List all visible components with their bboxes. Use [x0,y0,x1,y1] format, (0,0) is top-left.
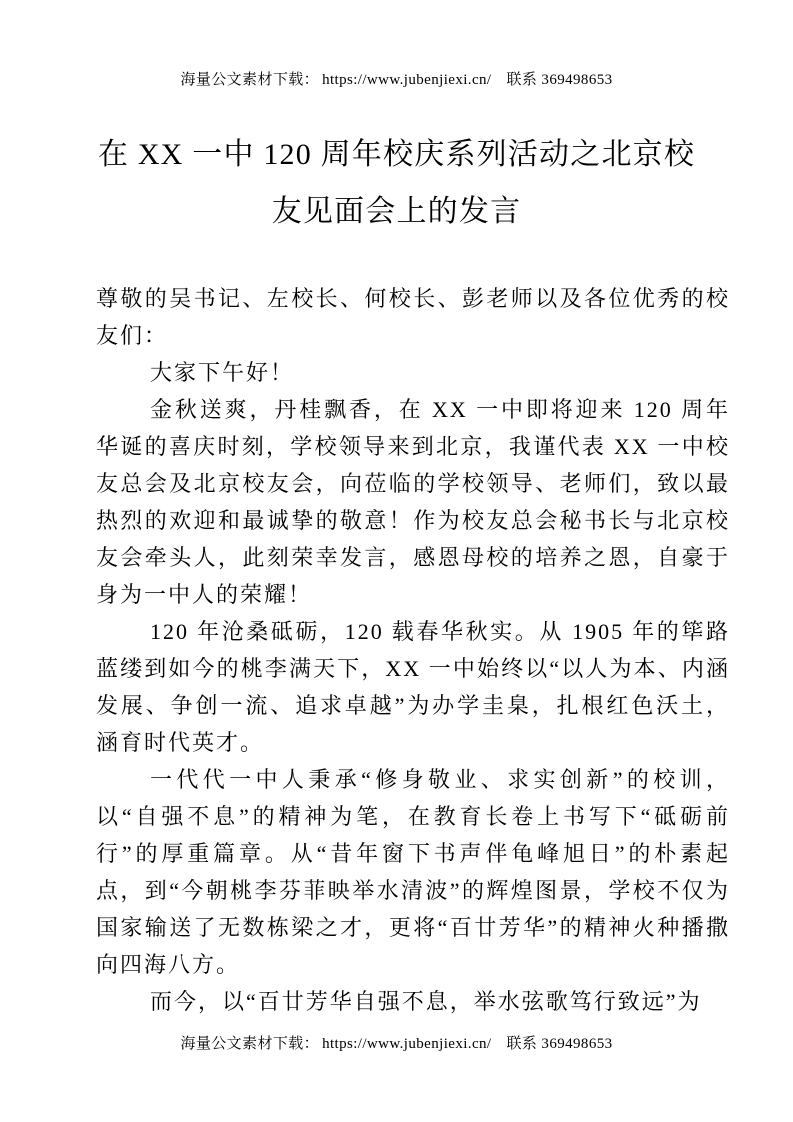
doc-footer: 海量公文素材下载：https://www.jubenjiexi.cn/联系 36… [0,1035,793,1053]
document-page: 海量公文素材下载：https://www.jubenjiexi.cn/联系 36… [0,0,793,1122]
footer-contact-text: 联系 369498653 [506,1036,612,1052]
footer-download-label: 海量公文素材下载： [180,1036,319,1052]
footer-url-text: https://www.jubenjiexi.cn/ [322,1036,491,1052]
doc-title: 在 XX 一中 120 周年校庆系列活动之北京校友见面会上的发言 [92,126,701,240]
header-contact-text: 联系 369498653 [506,72,612,88]
header-download-label: 海量公文素材下载： [180,72,319,88]
paragraph: 而今，以“百廿芳华自强不息，举水弦歌笃行致远”为 [96,983,730,1020]
paragraph: 大家下午好！ [96,354,730,391]
paragraph: 金秋送爽，丹桂飘香，在 XX 一中即将迎来 120 周年华诞的喜庆时刻，学校领导… [96,391,730,613]
paragraph: 120 年沧桑砥砺，120 载春华秋实。从 1905 年的筚路蓝缕到如今的桃李满… [96,613,730,761]
paragraph: 一代代一中人秉承“修身敬业、求实创新”的校训，以“自强不息”的精神为笔，在教育长… [96,761,730,983]
doc-body: 尊敬的吴书记、左校长、何校长、彭老师以及各位优秀的校友们：大家下午好！金秋送爽，… [96,280,730,1020]
header-url-text: https://www.jubenjiexi.cn/ [322,72,491,88]
paragraph: 尊敬的吴书记、左校长、何校长、彭老师以及各位优秀的校友们： [96,280,730,354]
doc-header: 海量公文素材下载：https://www.jubenjiexi.cn/联系 36… [0,71,793,89]
